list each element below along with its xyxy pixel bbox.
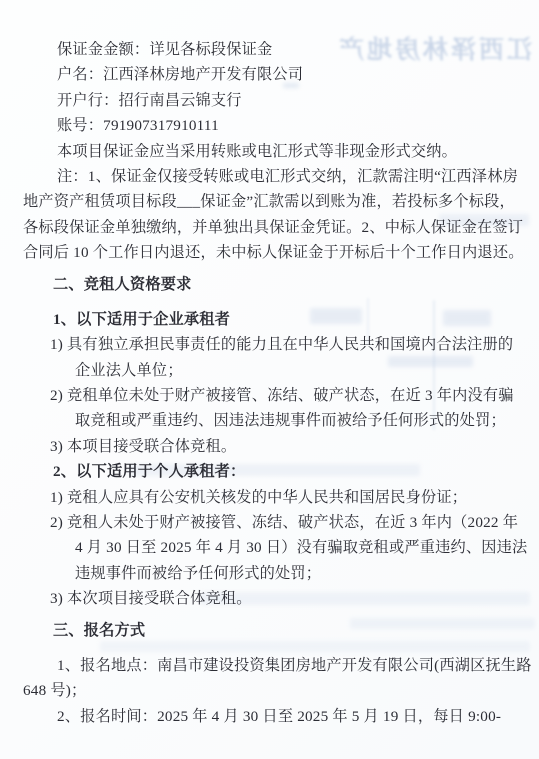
document-line: 二、竞租人资格要求 <box>23 272 525 297</box>
document-line: 3) 本次项目接受联合体竞租。 <box>23 586 525 611</box>
document-line: 2) 竞租人未处于财产被接管、冻结、破产状态，在近 3 年内（2022 年 <box>23 510 525 535</box>
document-line: 违规事件而被给予任何形式的处罚； <box>23 561 525 586</box>
document-line: 本项目保证金应当采用转账或电汇形式等非现金形式交纳。 <box>23 139 525 164</box>
document-line: 注：1、保证金仅接受转账或电汇形式交纳，汇款需注明“江西泽林房 <box>23 164 525 189</box>
document-line: 1) 具有独立承担民事责任的能力且在中华人民共和国境内合法注册的 <box>23 332 525 357</box>
document-line: 保证金金额：详见各标段保证金 <box>23 37 525 62</box>
document-line: 2、以下适用于个人承租者： <box>23 459 525 484</box>
document-body: 保证金金额：详见各标段保证金户名：江西泽林房地产开发有限公司开户行：招行南昌云锦… <box>23 37 525 729</box>
document-line: 开户行：招行南昌云锦支行 <box>23 88 525 113</box>
document-line: 账号：791907317910111 <box>23 113 525 138</box>
document-line: 2) 竞租单位未处于财产被接管、冻结、破产状态，在近 3 年内没有骗 <box>23 383 525 408</box>
document-line: 企业法人单位； <box>23 358 525 383</box>
document-line: 1、报名地点：南昌市建设投资集团房地产开发有限公司(西湖区抚生路 <box>23 653 525 678</box>
document-line: 户名：江西泽林房地产开发有限公司 <box>23 62 525 87</box>
document-line: 各标段保证金单独缴纳，并单独出具保证金凭证。2、中标人保证金在签订 <box>23 215 525 240</box>
document-line: 合同后 10 个工作日内退还，未中标人保证金于开标后十个工作日内退还。 <box>23 240 525 265</box>
document-line: 地产资产租赁项目标段___保证金”汇款需以到账为准，若投标多个标段， <box>23 189 525 214</box>
document-line: 648 号)； <box>23 678 525 703</box>
document-line: 1、以下适用于企业承租者 <box>23 307 525 332</box>
document-line: 1) 竞租人应具有公安机关核发的中华人民共和国居民身份证； <box>23 485 525 510</box>
document-line: 取竞租或严重违约、因违法违规事件而被给予任何形式的处罚； <box>23 408 525 433</box>
document-line: 3) 本项目接受联合体竞租。 <box>23 434 525 459</box>
document-line: 2、报名时间：2025 年 4 月 30 日至 2025 年 5 月 19 日，… <box>23 704 525 729</box>
document-page: 江西泽林房地产 保证金金额：详见各标段保证金户名：江西泽林房地产开发有限公司开户… <box>0 0 539 759</box>
document-line: 三、报名方式 <box>23 618 525 643</box>
document-line: 4 月 30 日至 2025 年 4 月 30 日）没有骗取竞租或严重违约、因违… <box>23 535 525 560</box>
